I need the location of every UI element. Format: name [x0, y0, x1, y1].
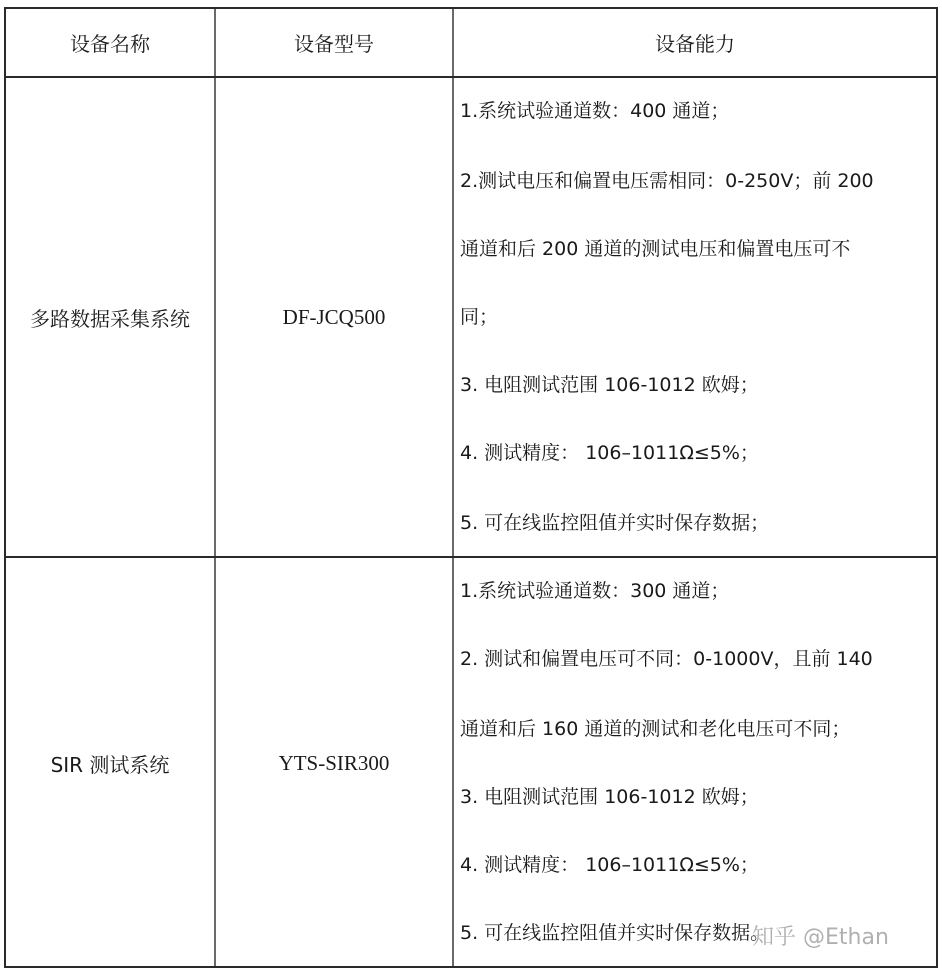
capability-line: 同；: [460, 308, 498, 327]
header-device-capability: 设备能力: [454, 9, 936, 76]
capability-line: 3. 电阻测试范围 106-1012 欧姆；: [460, 788, 759, 807]
capability-line: 通道和后 200 通道的测试电压和偏置电压可不: [460, 240, 850, 259]
capability-line: 3. 电阻测试范围 106-1012 欧姆；: [460, 376, 759, 395]
column-divider: [452, 9, 454, 966]
capability-line: 1.系统试验通道数：300 通道；: [460, 582, 729, 601]
capability-line: 通道和后 160 通道的测试和老化电压可不同；: [460, 720, 850, 739]
capability-line: 2. 测试和偏置电压可不同：0-1000V，且前 140: [460, 650, 873, 669]
row1-device-model: DF-JCQ500: [216, 78, 452, 556]
capability-line: 5. 可在线监控阻值并实时保存数据；: [460, 514, 769, 533]
row1-device-name: 多路数据采集系统: [6, 78, 214, 556]
header-device-name: 设备名称: [6, 9, 214, 76]
row2-device-name: SIR 测试系统: [6, 558, 214, 968]
capability-line: 4. 测试精度： 106–1011Ω≤5%；: [460, 856, 759, 875]
capability-line: 2.测试电压和偏置电压需相同：0-250V；前 200: [460, 172, 874, 191]
header-device-model: 设备型号: [216, 9, 452, 76]
capability-line: 4. 测试精度： 106–1011Ω≤5%；: [460, 444, 759, 463]
capability-line: 5. 可在线监控阻值并实时保存数据。: [460, 924, 769, 943]
row2-device-model: YTS-SIR300: [216, 558, 452, 968]
watermark: 知乎 @Ethan: [752, 920, 889, 951]
capability-line: 1.系统试验通道数：400 通道；: [460, 102, 729, 121]
